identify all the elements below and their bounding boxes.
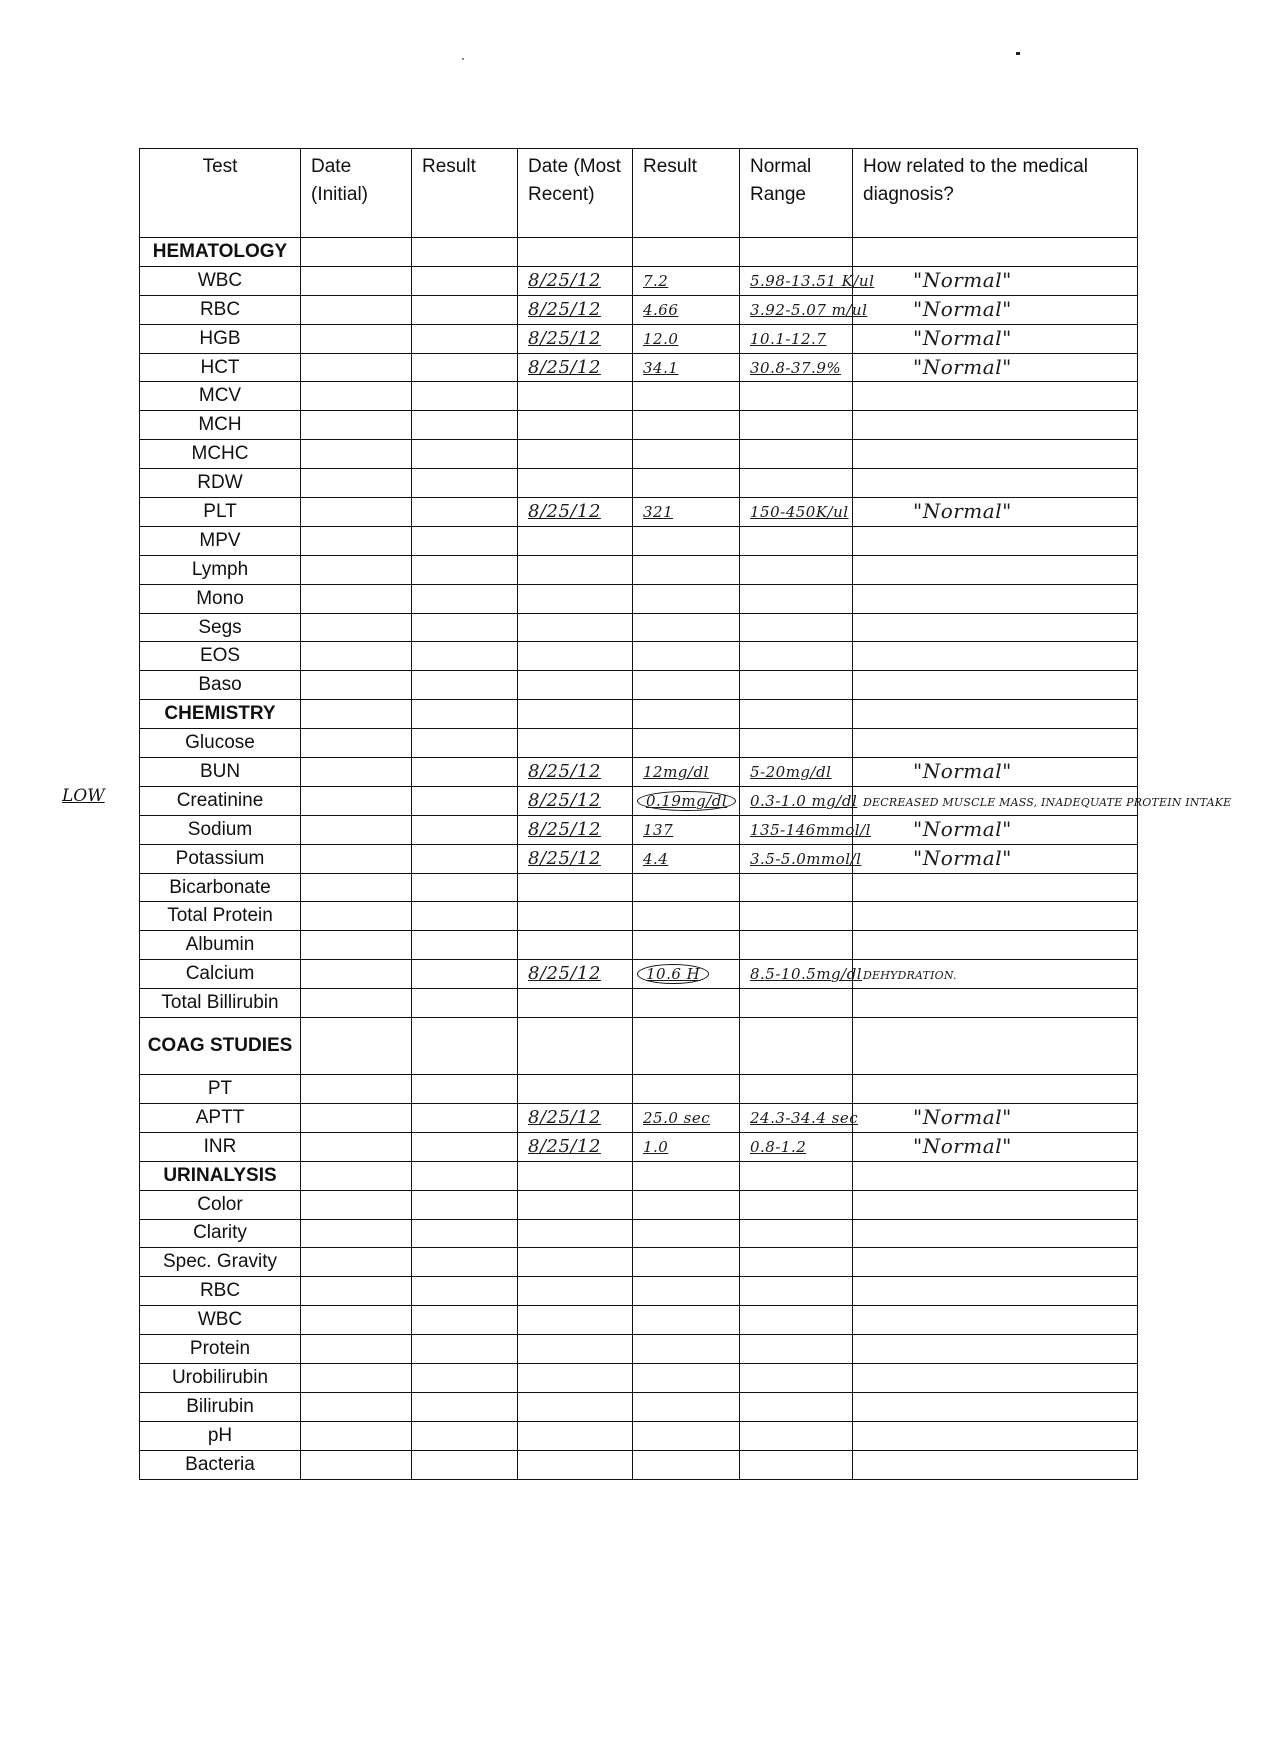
date-recent-cell: 8/25/12	[518, 266, 633, 295]
header-relation: How related to the medical diagnosis?	[853, 149, 1138, 238]
header-result-initial: Result	[412, 149, 518, 238]
relation-cell	[853, 1018, 1138, 1075]
relation-cell: "Normal"	[853, 266, 1138, 295]
result-initial-cell	[412, 613, 518, 642]
normal-range-cell	[740, 1161, 853, 1190]
normal-range-cell	[740, 873, 853, 902]
date-initial-cell	[301, 729, 412, 758]
table-row: MPV	[140, 526, 1138, 555]
result-initial-cell	[412, 469, 518, 498]
result-recent-cell	[633, 1219, 740, 1248]
result-initial-cell	[412, 1219, 518, 1248]
normal-range-cell	[740, 642, 853, 671]
result-initial-cell	[412, 902, 518, 931]
table-row: WBC	[140, 1306, 1138, 1335]
date-initial-cell	[301, 382, 412, 411]
result-initial-cell	[412, 411, 518, 440]
relation-cell	[853, 411, 1138, 440]
date-recent-cell	[518, 1421, 633, 1450]
relation-cell	[853, 613, 1138, 642]
date-initial-cell	[301, 1103, 412, 1132]
relation-cell	[853, 1450, 1138, 1479]
test-name-cell: WBC	[140, 1306, 301, 1335]
section-row: HEMATOLOGY	[140, 238, 1138, 267]
test-name-cell: Bilirubin	[140, 1392, 301, 1421]
normal-range-cell	[740, 1018, 853, 1075]
normal-range-value: 0.8-1.2	[740, 1138, 806, 1156]
test-name-cell: EOS	[140, 642, 301, 671]
test-name-cell: WBC	[140, 266, 301, 295]
normal-range-cell	[740, 1219, 853, 1248]
normal-range-cell: 5-20mg/dl	[740, 758, 853, 787]
test-name-cell: CHEMISTRY	[140, 700, 301, 729]
date-initial-cell	[301, 1306, 412, 1335]
normal-range-cell	[740, 1190, 853, 1219]
result-initial-cell	[412, 353, 518, 382]
date-recent-cell: 8/25/12	[518, 960, 633, 989]
date-initial-cell	[301, 786, 412, 815]
table-row: HCT8/25/1234.130.8-37.9%"Normal"	[140, 353, 1138, 382]
date-recent-cell	[518, 1075, 633, 1104]
result-recent-cell	[633, 1392, 740, 1421]
relation-value: DECREASED MUSCLE MASS, INADEQUATE PROTEI…	[853, 797, 1231, 809]
relation-value: "Normal"	[853, 846, 1012, 870]
table-row: Glucose	[140, 729, 1138, 758]
normal-range-value: 30.8-37.9%	[740, 359, 841, 377]
result-initial-cell	[412, 960, 518, 989]
scan-speck	[1016, 52, 1020, 55]
table-row: Clarity	[140, 1219, 1138, 1248]
date-recent-cell: 8/25/12	[518, 815, 633, 844]
relation-value: "Normal"	[853, 759, 1012, 783]
date-initial-cell	[301, 989, 412, 1018]
scan-speck	[462, 58, 464, 60]
result-recent-value: 137	[633, 821, 673, 839]
result-initial-cell	[412, 1132, 518, 1161]
table-row: Color	[140, 1190, 1138, 1219]
date-initial-cell	[301, 1161, 412, 1190]
normal-range-cell: 0.8-1.2	[740, 1132, 853, 1161]
relation-cell	[853, 555, 1138, 584]
date-initial-cell	[301, 960, 412, 989]
date-initial-cell	[301, 1075, 412, 1104]
relation-cell	[853, 238, 1138, 267]
table-row: pH	[140, 1421, 1138, 1450]
table-row: RBC	[140, 1277, 1138, 1306]
result-recent-cell	[633, 1018, 740, 1075]
result-initial-cell	[412, 295, 518, 324]
relation-value: "Normal"	[853, 1105, 1012, 1129]
date-initial-cell	[301, 642, 412, 671]
lab-results-table: Test Date (Initial) Result Date (Most Re…	[139, 148, 1138, 1480]
normal-range-cell	[740, 1075, 853, 1104]
result-initial-cell	[412, 1421, 518, 1450]
date-recent-cell	[518, 1306, 633, 1335]
test-name-cell: Spec. Gravity	[140, 1248, 301, 1277]
date-initial-cell	[301, 1248, 412, 1277]
relation-cell: "Normal"	[853, 498, 1138, 527]
table-row: MCHC	[140, 440, 1138, 469]
result-recent-cell	[633, 555, 740, 584]
result-initial-cell	[412, 671, 518, 700]
table-row: Bilirubin	[140, 1392, 1138, 1421]
date-initial-cell	[301, 469, 412, 498]
result-initial-cell	[412, 1277, 518, 1306]
date-initial-cell	[301, 873, 412, 902]
result-recent-cell	[633, 411, 740, 440]
result-initial-cell	[412, 844, 518, 873]
date-recent-cell	[518, 931, 633, 960]
relation-cell: "Normal"	[853, 1132, 1138, 1161]
result-recent-cell: 0.19mg/dl	[633, 786, 740, 815]
result-recent-value: 12mg/dl	[633, 763, 709, 781]
result-recent-value: 25.0 sec	[633, 1109, 710, 1127]
section-row: COAG STUDIES	[140, 1018, 1138, 1075]
result-initial-cell	[412, 1103, 518, 1132]
date-recent-cell	[518, 1018, 633, 1075]
result-recent-value: 321	[633, 503, 673, 521]
table-row: BUN8/25/1212mg/dl5-20mg/dl"Normal"	[140, 758, 1138, 787]
result-recent-cell: 137	[633, 815, 740, 844]
result-recent-value: 7.2	[633, 272, 668, 290]
date-recent-cell	[518, 440, 633, 469]
date-recent-cell: 8/25/12	[518, 353, 633, 382]
relation-cell: DECREASED MUSCLE MASS, INADEQUATE PROTEI…	[853, 786, 1138, 815]
date-recent-cell	[518, 1363, 633, 1392]
result-recent-cell	[633, 642, 740, 671]
date-initial-cell	[301, 324, 412, 353]
date-initial-cell	[301, 902, 412, 931]
date-initial-cell	[301, 295, 412, 324]
result-initial-cell	[412, 1190, 518, 1219]
table-row: PLT8/25/12321150-450K/ul"Normal"	[140, 498, 1138, 527]
result-recent-cell: 10.6 H	[633, 960, 740, 989]
normal-range-cell	[740, 555, 853, 584]
date-recent-cell: 8/25/12	[518, 786, 633, 815]
table-row: Bacteria	[140, 1450, 1138, 1479]
normal-range-value: 3.92-5.07 m/ul	[740, 301, 867, 319]
date-recent-value: 8/25/12	[518, 1107, 601, 1128]
result-recent-value: 12.0	[633, 330, 678, 348]
date-recent-cell: 8/25/12	[518, 324, 633, 353]
date-initial-cell	[301, 238, 412, 267]
test-name-cell: MPV	[140, 526, 301, 555]
result-initial-cell	[412, 526, 518, 555]
test-name-cell: APTT	[140, 1103, 301, 1132]
header-normal-range: Normal Range	[740, 149, 853, 238]
normal-range-value: 5-20mg/dl	[740, 763, 831, 781]
table-row: APTT8/25/1225.0 sec24.3-34.4 sec"Normal"	[140, 1103, 1138, 1132]
date-recent-value: 8/25/12	[518, 819, 601, 840]
date-initial-cell	[301, 700, 412, 729]
table-row: RDW	[140, 469, 1138, 498]
test-name-cell: MCH	[140, 411, 301, 440]
date-recent-cell	[518, 613, 633, 642]
normal-range-cell: 30.8-37.9%	[740, 353, 853, 382]
section-row: CHEMISTRY	[140, 700, 1138, 729]
date-recent-cell	[518, 671, 633, 700]
date-initial-cell	[301, 931, 412, 960]
date-initial-cell	[301, 613, 412, 642]
normal-range-cell	[740, 411, 853, 440]
test-name-cell: Urobilirubin	[140, 1363, 301, 1392]
normal-range-cell	[740, 613, 853, 642]
relation-cell	[853, 1190, 1138, 1219]
result-recent-cell	[633, 526, 740, 555]
normal-range-value: 135-146mmol/l	[740, 821, 871, 839]
relation-cell	[853, 1306, 1138, 1335]
test-name-cell: Calcium	[140, 960, 301, 989]
result-initial-cell	[412, 584, 518, 613]
date-recent-cell	[518, 584, 633, 613]
relation-value: "Normal"	[853, 499, 1012, 523]
date-recent-cell	[518, 555, 633, 584]
date-recent-value: 8/25/12	[518, 328, 601, 349]
relation-value: "Normal"	[853, 268, 1012, 292]
relation-cell: "Normal"	[853, 758, 1138, 787]
table-row: INR8/25/121.00.8-1.2"Normal"	[140, 1132, 1138, 1161]
result-recent-cell: 25.0 sec	[633, 1103, 740, 1132]
result-recent-cell	[633, 1277, 740, 1306]
date-initial-cell	[301, 526, 412, 555]
result-initial-cell	[412, 382, 518, 411]
result-recent-value: 1.0	[633, 1138, 668, 1156]
date-recent-cell	[518, 238, 633, 267]
result-recent-cell: 321	[633, 498, 740, 527]
test-name-cell: RBC	[140, 295, 301, 324]
result-initial-cell	[412, 758, 518, 787]
result-initial-cell	[412, 498, 518, 527]
normal-range-cell	[740, 469, 853, 498]
date-recent-cell	[518, 873, 633, 902]
table-row: Spec. Gravity	[140, 1248, 1138, 1277]
result-initial-cell	[412, 1335, 518, 1364]
normal-range-cell: 8.5-10.5mg/dl	[740, 960, 853, 989]
result-recent-cell	[633, 989, 740, 1018]
relation-value: DEHYDRATION.	[853, 970, 957, 982]
relation-cell: "Normal"	[853, 815, 1138, 844]
date-recent-cell	[518, 382, 633, 411]
test-name-cell: Segs	[140, 613, 301, 642]
date-recent-cell	[518, 469, 633, 498]
date-initial-cell	[301, 353, 412, 382]
result-recent-cell: 34.1	[633, 353, 740, 382]
result-recent-cell	[633, 1248, 740, 1277]
date-recent-value: 8/25/12	[518, 790, 601, 811]
result-recent-cell	[633, 584, 740, 613]
normal-range-cell: 0.3-1.0 mg/dl	[740, 786, 853, 815]
test-name-cell: Color	[140, 1190, 301, 1219]
table-row: Albumin	[140, 931, 1138, 960]
test-name-cell: HGB	[140, 324, 301, 353]
date-initial-cell	[301, 671, 412, 700]
table-row: Total Protein	[140, 902, 1138, 931]
result-initial-cell	[412, 989, 518, 1018]
result-initial-cell	[412, 815, 518, 844]
test-name-cell: COAG STUDIES	[140, 1018, 301, 1075]
date-recent-value: 8/25/12	[518, 501, 601, 522]
normal-range-cell	[740, 1421, 853, 1450]
test-name-cell: PT	[140, 1075, 301, 1104]
test-name-cell: Bacteria	[140, 1450, 301, 1479]
normal-range-cell: 135-146mmol/l	[740, 815, 853, 844]
result-initial-cell	[412, 238, 518, 267]
result-initial-cell	[412, 440, 518, 469]
relation-cell	[853, 1219, 1138, 1248]
relation-cell: "Normal"	[853, 844, 1138, 873]
relation-cell	[853, 902, 1138, 931]
relation-cell	[853, 1277, 1138, 1306]
normal-range-cell: 24.3-34.4 sec	[740, 1103, 853, 1132]
result-initial-cell	[412, 700, 518, 729]
result-recent-cell	[633, 238, 740, 267]
test-name-cell: PLT	[140, 498, 301, 527]
result-initial-cell	[412, 1248, 518, 1277]
table-row: Creatinine8/25/120.19mg/dl0.3-1.0 mg/dlD…	[140, 786, 1138, 815]
test-name-cell: pH	[140, 1421, 301, 1450]
test-name-cell: RDW	[140, 469, 301, 498]
relation-cell	[853, 729, 1138, 758]
relation-cell	[853, 1392, 1138, 1421]
normal-range-cell	[740, 1335, 853, 1364]
result-recent-cell	[633, 700, 740, 729]
result-recent-cell: 7.2	[633, 266, 740, 295]
date-initial-cell	[301, 1018, 412, 1075]
table-row: MCV	[140, 382, 1138, 411]
test-name-cell: Total Billirubin	[140, 989, 301, 1018]
test-name-cell: Clarity	[140, 1219, 301, 1248]
result-initial-cell	[412, 931, 518, 960]
table-row: Sodium8/25/12137135-146mmol/l"Normal"	[140, 815, 1138, 844]
normal-range-value: 24.3-34.4 sec	[740, 1109, 858, 1127]
table-row: PT	[140, 1075, 1138, 1104]
relation-cell	[853, 671, 1138, 700]
relation-cell	[853, 931, 1138, 960]
normal-range-cell: 3.92-5.07 m/ul	[740, 295, 853, 324]
result-recent-cell: 4.4	[633, 844, 740, 873]
normal-range-cell	[740, 902, 853, 931]
date-recent-cell: 8/25/12	[518, 498, 633, 527]
test-name-cell: Glucose	[140, 729, 301, 758]
normal-range-cell: 3.5-5.0mmol/l	[740, 844, 853, 873]
test-name-cell: Total Protein	[140, 902, 301, 931]
result-recent-cell: 12mg/dl	[633, 758, 740, 787]
header-test: Test	[140, 149, 301, 238]
date-initial-cell	[301, 844, 412, 873]
table-row: RBC8/25/124.663.92-5.07 m/ul"Normal"	[140, 295, 1138, 324]
test-name-cell: Creatinine	[140, 786, 301, 815]
relation-cell	[853, 642, 1138, 671]
result-recent-cell	[633, 1421, 740, 1450]
test-name-cell: MCHC	[140, 440, 301, 469]
normal-range-cell	[740, 382, 853, 411]
normal-range-cell	[740, 526, 853, 555]
normal-range-value: 150-450K/ul	[740, 503, 849, 521]
relation-cell	[853, 1161, 1138, 1190]
date-recent-cell	[518, 902, 633, 931]
date-recent-cell	[518, 1277, 633, 1306]
header-date-initial: Date (Initial)	[301, 149, 412, 238]
result-initial-cell	[412, 729, 518, 758]
result-recent-cell	[633, 729, 740, 758]
result-initial-cell	[412, 642, 518, 671]
date-initial-cell	[301, 1190, 412, 1219]
test-name-cell: BUN	[140, 758, 301, 787]
date-recent-cell: 8/25/12	[518, 758, 633, 787]
relation-cell: "Normal"	[853, 353, 1138, 382]
header-row: Test Date (Initial) Result Date (Most Re…	[140, 149, 1138, 238]
test-name-cell: Mono	[140, 584, 301, 613]
relation-value: "Normal"	[853, 326, 1012, 350]
date-recent-cell	[518, 526, 633, 555]
date-recent-cell	[518, 1248, 633, 1277]
date-recent-cell	[518, 1335, 633, 1364]
relation-cell	[853, 382, 1138, 411]
date-initial-cell	[301, 1335, 412, 1364]
table-row: EOS	[140, 642, 1138, 671]
date-initial-cell	[301, 498, 412, 527]
date-recent-value: 8/25/12	[518, 761, 601, 782]
result-recent-cell	[633, 382, 740, 411]
relation-cell	[853, 1363, 1138, 1392]
table-row: Potassium8/25/124.43.5-5.0mmol/l"Normal"	[140, 844, 1138, 873]
result-recent-cell: 4.66	[633, 295, 740, 324]
result-initial-cell	[412, 1363, 518, 1392]
table-row: Calcium8/25/1210.6 H8.5-10.5mg/dlDEHYDRA…	[140, 960, 1138, 989]
date-recent-value: 8/25/12	[518, 299, 601, 320]
test-name-cell: MCV	[140, 382, 301, 411]
date-recent-value: 8/25/12	[518, 1136, 601, 1157]
normal-range-cell	[740, 931, 853, 960]
relation-cell: "Normal"	[853, 324, 1138, 353]
result-recent-cell	[633, 469, 740, 498]
result-recent-value: 10.6 H	[637, 964, 709, 984]
normal-range-cell	[740, 729, 853, 758]
normal-range-cell	[740, 1392, 853, 1421]
normal-range-value: 10.1-12.7	[740, 330, 826, 348]
table-row: Mono	[140, 584, 1138, 613]
relation-value: "Normal"	[853, 297, 1012, 321]
result-recent-cell	[633, 1075, 740, 1104]
normal-range-cell: 150-450K/ul	[740, 498, 853, 527]
date-initial-cell	[301, 1277, 412, 1306]
test-name-cell: RBC	[140, 1277, 301, 1306]
normal-range-value: 0.3-1.0 mg/dl	[740, 792, 857, 810]
result-recent-cell: 1.0	[633, 1132, 740, 1161]
relation-cell: "Normal"	[853, 295, 1138, 324]
result-recent-cell	[633, 671, 740, 700]
result-initial-cell	[412, 786, 518, 815]
low-annotation: LOW	[62, 786, 105, 806]
table-row: Total Billirubin	[140, 989, 1138, 1018]
test-name-cell: HEMATOLOGY	[140, 238, 301, 267]
result-recent-cell	[633, 1335, 740, 1364]
date-initial-cell	[301, 266, 412, 295]
date-recent-cell	[518, 1392, 633, 1421]
relation-cell	[853, 700, 1138, 729]
table-row: MCH	[140, 411, 1138, 440]
normal-range-cell	[740, 671, 853, 700]
relation-cell	[853, 469, 1138, 498]
result-initial-cell	[412, 1161, 518, 1190]
result-initial-cell	[412, 873, 518, 902]
normal-range-cell	[740, 1363, 853, 1392]
date-recent-cell	[518, 700, 633, 729]
relation-value: "Normal"	[853, 355, 1012, 379]
date-recent-value: 8/25/12	[518, 357, 601, 378]
date-initial-cell	[301, 1450, 412, 1479]
test-name-cell: INR	[140, 1132, 301, 1161]
